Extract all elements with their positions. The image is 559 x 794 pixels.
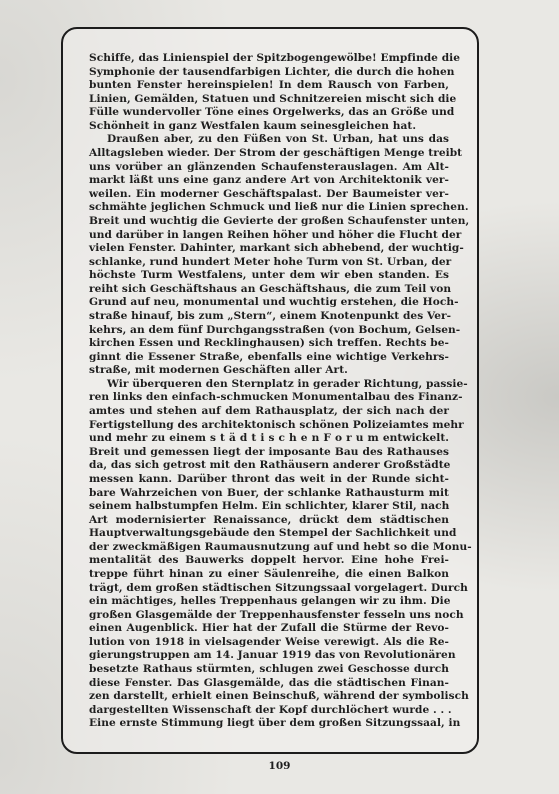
text-line: und darüber in langen Reihen höher und h… — [89, 229, 449, 243]
text-line: der zweckmäßigen Raumausnutzung auf und … — [89, 541, 449, 555]
text-line: kirchen Essen und Recklinghausen) sich t… — [89, 337, 449, 351]
text-line: Schönheit in ganz Westfalen kaum seinesg… — [89, 120, 449, 134]
text-line: ein mächtiges, helles Treppenhaus gelang… — [89, 595, 449, 609]
text-line: Art modernisierter Renaissance, drückt d… — [89, 514, 449, 528]
text-line: uns vorüber an glänzenden Schaufensterau… — [89, 161, 449, 175]
text-line: und mehr zu einem s t ä d t i s c h e n … — [89, 432, 449, 446]
text-line: weilen. Ein moderner Geschäftspalast. De… — [89, 188, 449, 202]
text-line: vielen Fenster. Dahinter, markant sich a… — [89, 242, 449, 256]
text-line: Fülle wundervoller Töne eines Orgelwerks… — [89, 106, 449, 120]
text-line: gierungstruppen am 14. Januar 1919 das v… — [89, 649, 449, 663]
text-line: zen darstellt, erhielt einen Beinschuß, … — [89, 690, 449, 704]
text-line: schlanke, rund hundert Meter hohe Turm v… — [89, 256, 449, 270]
text-line: Breit und gemessen liegt der imposante B… — [89, 446, 449, 460]
text-line: seinem halbstumpfen Helm. Ein schlichter… — [89, 500, 449, 514]
text-line: trägt, dem großen städtischen Sitzungssa… — [89, 582, 449, 596]
text-line: schmähte jeglichen Schmuck und ließ nur … — [89, 201, 449, 215]
text-line: mentalität des Bauwerks doppelt hervor. … — [89, 554, 449, 568]
page-number: 109 — [0, 760, 559, 772]
text-line: ren links den einfach-schmucken Monument… — [89, 391, 449, 405]
page-body-text: Schiffe, das Linienspiel der Spitzbogeng… — [89, 52, 449, 731]
text-line: Fertigstellung des architektonisch schön… — [89, 419, 449, 433]
text-line: Draußen aber, zu den Füßen von St. Urban… — [89, 133, 449, 147]
text-line: kehrs, an dem fünf Durchgangsstraßen (vo… — [89, 324, 449, 338]
text-line: Linien, Gemälden, Statuen und Schnitzere… — [89, 93, 449, 107]
text-line: Symphonie der tausendfarbigen Lichter, d… — [89, 66, 449, 80]
text-line: Wir überqueren den Sternplatz in gerader… — [89, 378, 449, 392]
text-line: reiht sich Geschäftshaus an Geschäftshau… — [89, 283, 449, 297]
text-line: diese Fenster. Das Glasgemälde, das die … — [89, 677, 449, 691]
text-line: Hauptverwaltungsgebäude den Stempel der … — [89, 527, 449, 541]
text-line: höchste Turm Westfalens, unter dem wir e… — [89, 269, 449, 283]
text-line: bare Wahrzeichen von Buer, der schlanke … — [89, 487, 449, 501]
text-line: großen Glasgemälde der Treppenhausfenste… — [89, 609, 449, 623]
text-line: besetzte Rathaus stürmten, schlugen zwei… — [89, 663, 449, 677]
text-line: straße hinauf, bis zum „Stern“, einem Kn… — [89, 310, 449, 324]
text-line: messen kann. Darüber thront das weit in … — [89, 473, 449, 487]
text-line: amtes und stehen auf dem Rathausplatz, d… — [89, 405, 449, 419]
text-line: Alltagsleben wieder. Der Strom der gesch… — [89, 147, 449, 161]
text-line: treppe führt hinan zu einer Säulenreihe,… — [89, 568, 449, 582]
text-line: straße, mit modernen Geschäften aller Ar… — [89, 364, 449, 378]
text-line: Breit und wuchtig die Gevierte der große… — [89, 215, 449, 229]
text-line: ginnt die Essener Straße, ebenfalls eine… — [89, 351, 449, 365]
text-line: Grund auf neu, monumental und wuchtig er… — [89, 296, 449, 310]
text-line: Eine ernste Stimmung liegt über dem groß… — [89, 717, 449, 731]
text-line: da, das sich getrost mit den Rathäusern … — [89, 459, 449, 473]
text-line: Schiffe, das Linienspiel der Spitzbogeng… — [89, 52, 449, 66]
text-line: dargestellten Wissenschaft der Kopf durc… — [89, 704, 449, 718]
text-line: lution von 1918 in vielsagender Weise ve… — [89, 636, 449, 650]
text-line: einen Augenblick. Hier hat der Zufall di… — [89, 622, 449, 636]
text-line: markt läßt uns eine ganz andere Art von … — [89, 174, 449, 188]
text-line: bunten Fenster hereinspielen! In dem Rau… — [89, 79, 449, 93]
